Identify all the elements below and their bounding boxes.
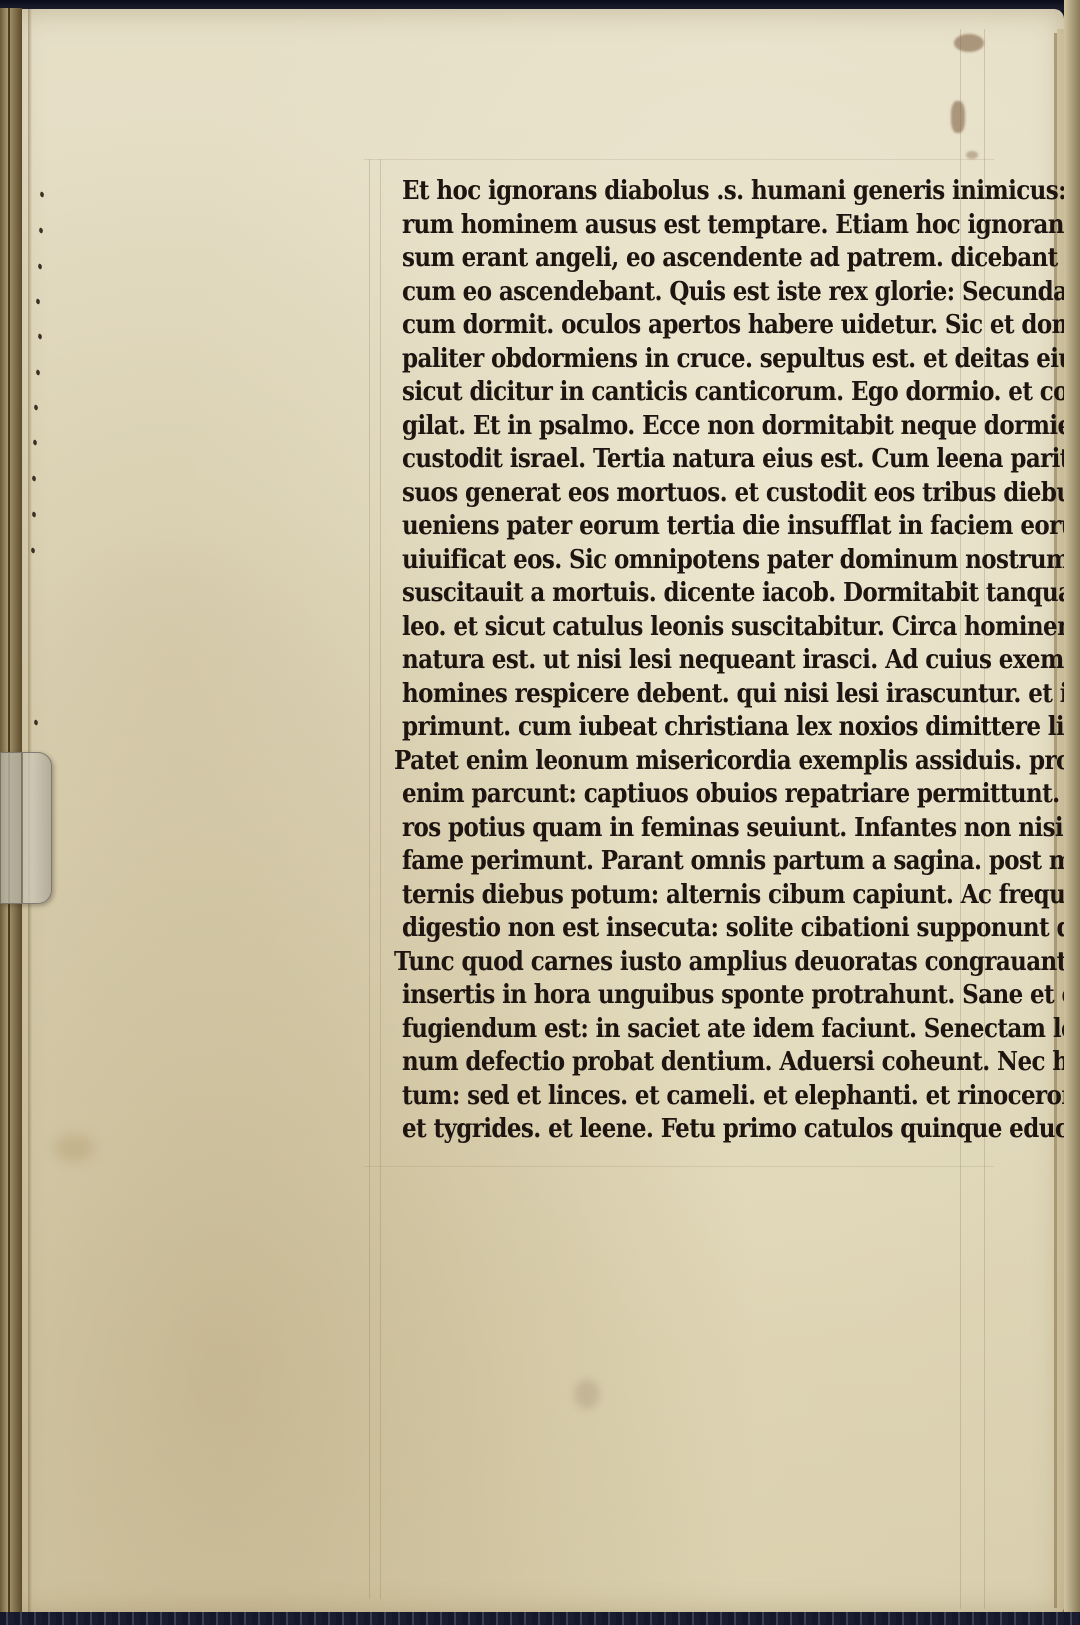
text-line: sicut dicitur in canticis canticorum. Eg… (402, 373, 1027, 411)
text-line: digestio non est insecuta: solite cibati… (402, 909, 1027, 947)
binding-right-edge (1064, 0, 1080, 1625)
stain-spot (954, 34, 984, 52)
text-line: sum erant angeli, eo ascendente ad patre… (402, 239, 1027, 277)
text-line: num defectio probat dentium. Aduersi coh… (402, 1043, 1027, 1081)
text-line: natura est. ut nisi lesi nequeant irasci… (402, 641, 1027, 679)
binding-bottom-edge (0, 1612, 1080, 1625)
pricking-hole (37, 333, 42, 339)
text-line: paliter obdormiens in cruce. sepultus es… (402, 339, 1027, 377)
stain-spot (574, 1379, 600, 1409)
pricking-hole (31, 511, 36, 517)
manuscript-text-block: Et hoc ignorans diabolus .s. humani gene… (402, 174, 1027, 1146)
ruling-line-left-outer (369, 159, 370, 1599)
manuscript-page: Et hoc ignorans diabolus .s. humani gene… (14, 9, 1064, 1615)
text-line: cum eo ascendebant. Quis est iste rex gl… (402, 272, 1027, 310)
text-line: homines respicere debent. qui nisi lesi … (402, 674, 1027, 712)
ruling-line-bottom (364, 1166, 994, 1167)
text-line: et tygrides. et leene. Fetu primo catulo… (402, 1110, 992, 1148)
manuscript-scan: Et hoc ignorans diabolus .s. humani gene… (0, 0, 1080, 1625)
stain-spot (966, 151, 978, 159)
text-line: Tunc quod carnes iusto amplius deuoratas… (394, 942, 1027, 980)
text-line: suscitauit a mortuis. dicente iacob. Dor… (402, 574, 1027, 612)
stain-spot (54, 1134, 94, 1162)
text-line: suos generat eos mortuos. et custodit eo… (402, 473, 1027, 511)
page-clasp (0, 752, 52, 904)
text-line: leo. et sicut catulus leonis suscitabitu… (402, 607, 1027, 645)
text-line: gilat. Et in psalmo. Ecce non dormitabit… (402, 406, 1027, 444)
text-line: tum: sed et linces. et cameli. et elepha… (402, 1076, 1027, 1114)
ruling-line-left-inner (380, 159, 381, 1599)
text-line: ros potius quam in feminas seuiunt. Infa… (402, 808, 1027, 846)
pricking-hole (31, 475, 36, 481)
pricking-hole (35, 298, 40, 304)
pricking-hole (33, 719, 38, 725)
pricking-hole (39, 191, 44, 197)
clasp-line (21, 753, 23, 903)
text-line: ternis diebus potum: alternis cibum capi… (402, 875, 1027, 913)
text-line: insertis in hora unguibus sponte protrah… (402, 976, 1027, 1014)
text-line: fugiendum est: in saciet ate idem faciun… (402, 1009, 1027, 1047)
stain-spot (951, 101, 965, 133)
text-line: uiuificat eos. Sic omnipotens pater domi… (402, 540, 1027, 578)
text-line: cum dormit. oculos apertos habere uidetu… (402, 306, 1027, 344)
text-line: enim parcunt: captiuos obuios repatriare… (402, 775, 1027, 813)
pricking-hole (33, 404, 38, 410)
text-line: fame perimunt. Parant omnis partum a sag… (402, 842, 1027, 880)
pricking-hole (35, 369, 40, 375)
text-line: Patet enim leonum misericordia exemplis … (394, 741, 1027, 779)
text-line: ueniens pater eorum tertia die insufflat… (402, 507, 1027, 545)
text-line: Et hoc ignorans diabolus .s. humani gene… (402, 172, 1027, 210)
ruling-line-top (364, 159, 994, 160)
pricking-hole (37, 263, 42, 269)
text-line: custodit israel. Tertia natura eius est.… (402, 440, 1027, 478)
pricking-hole (38, 227, 43, 233)
pricking-hole (30, 547, 35, 553)
text-line: primunt. cum iubeat christiana lex noxio… (402, 708, 1027, 746)
text-line: rum hominem ausus est temptare. Etiam ho… (402, 205, 1027, 243)
pricking-hole (32, 439, 37, 445)
